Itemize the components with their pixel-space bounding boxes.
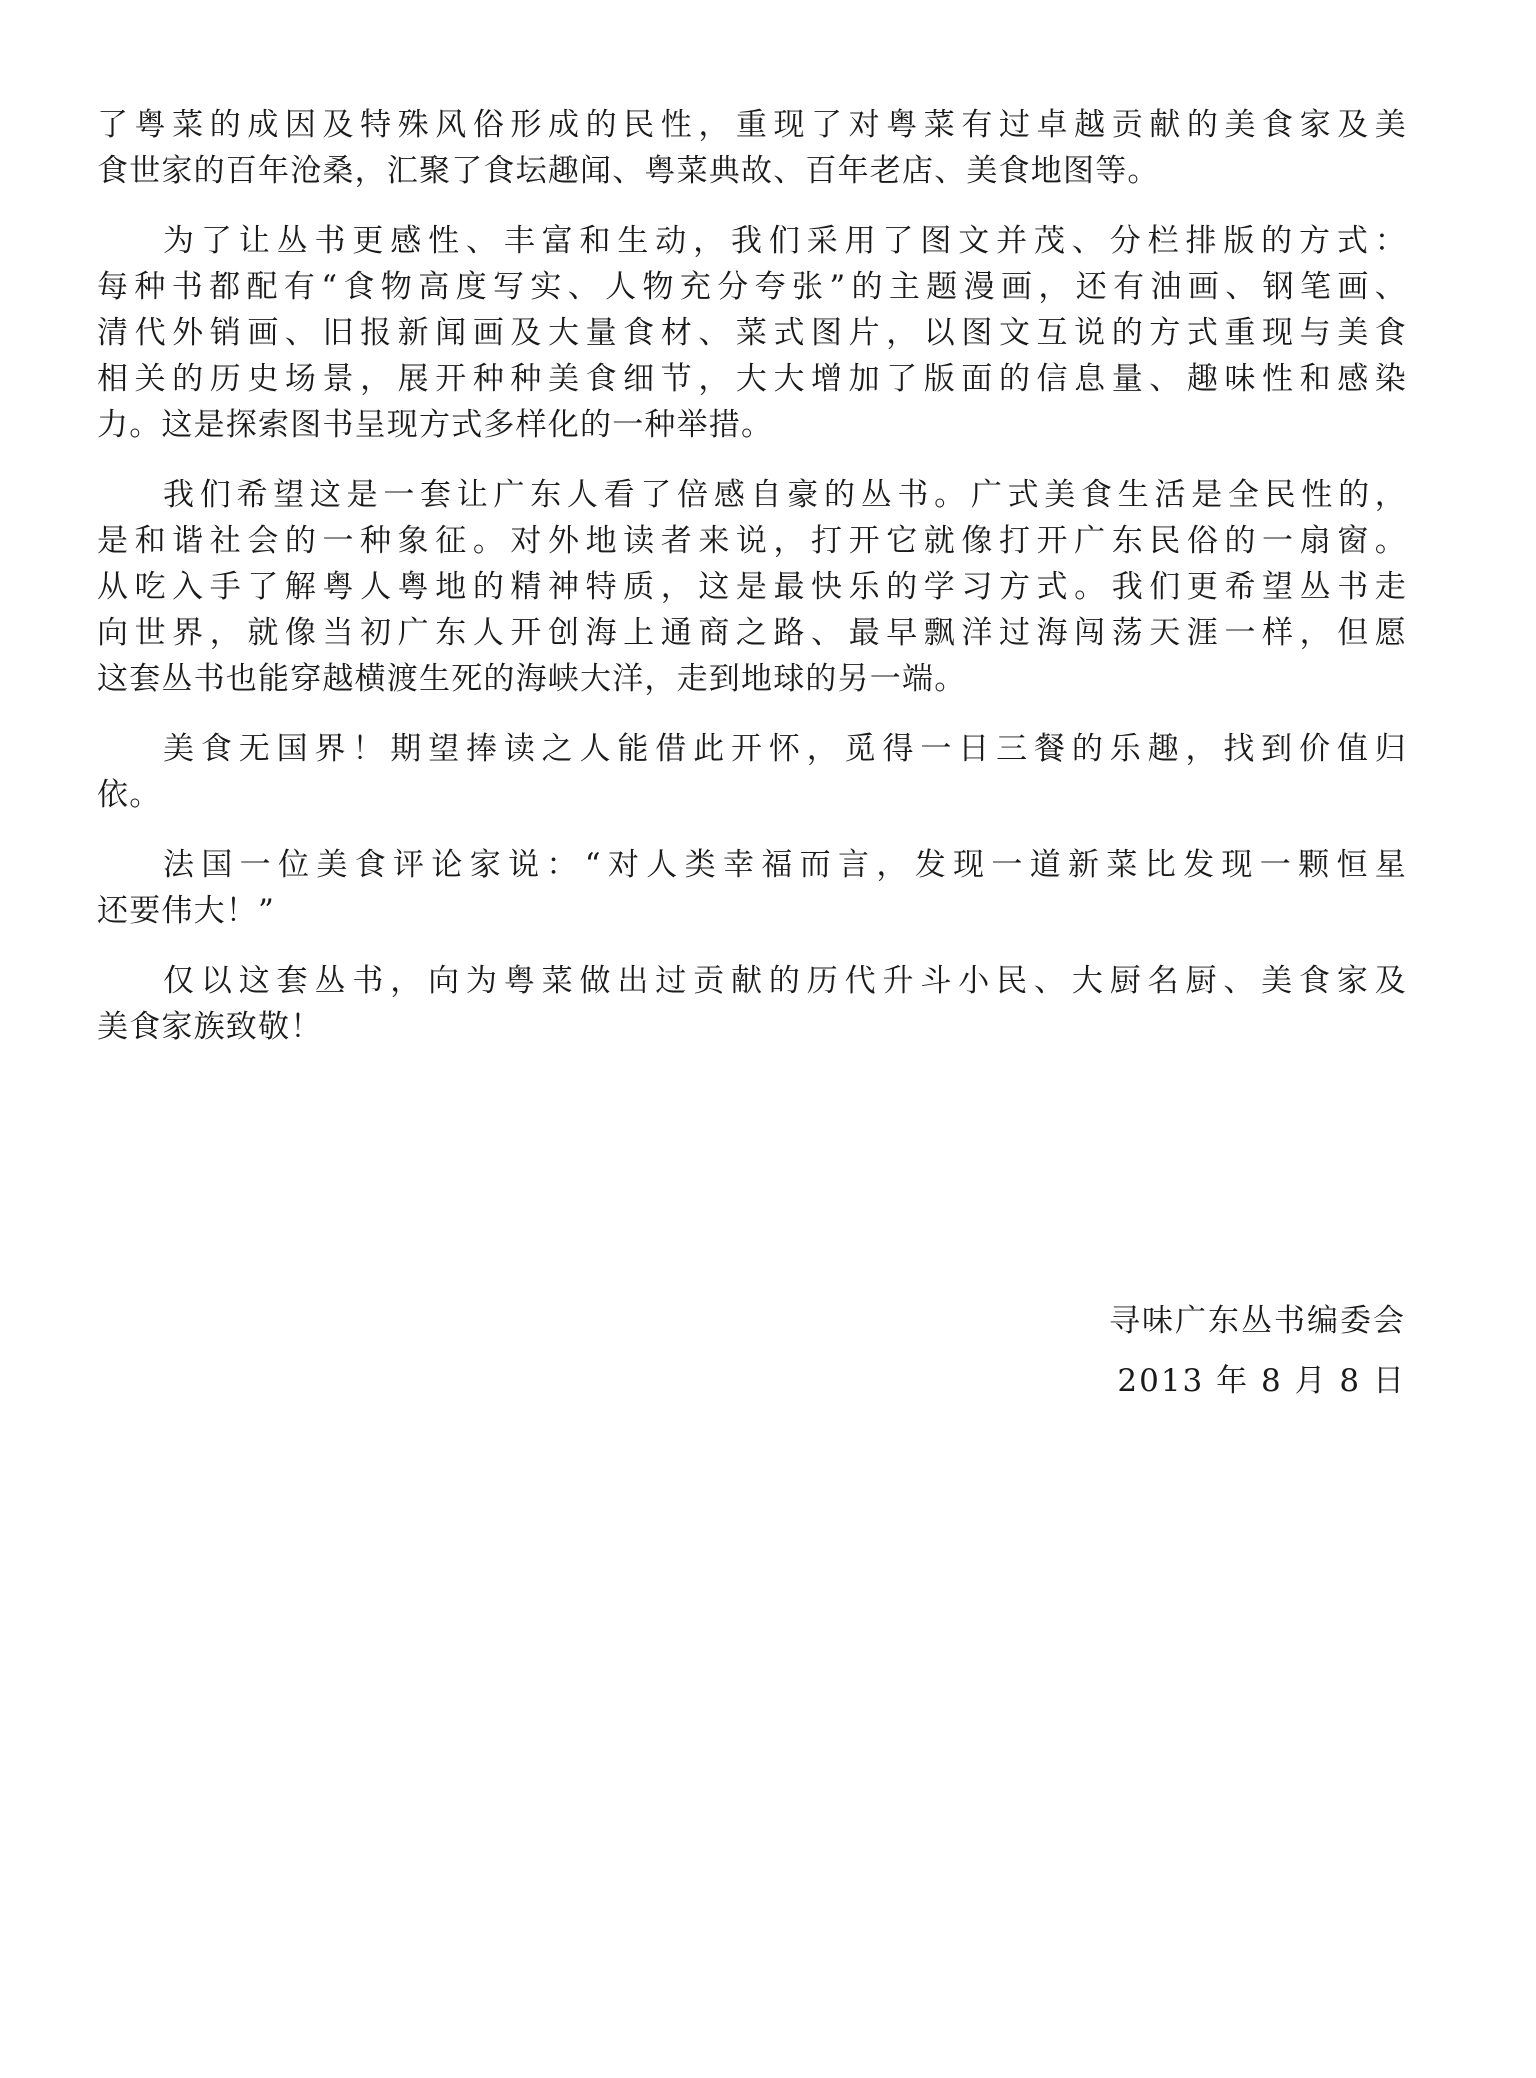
paragraph-line: 相关的历史场景，展开种种美食细节，大大增加了版面的信息量、趣味性和感染	[97, 356, 1407, 402]
paragraph-line: 食世家的百年沧桑，汇聚了食坛趣闻、粤菜典故、百年老店、美食地图等。	[97, 148, 1407, 194]
paragraph-line: 这套丛书也能穿越横渡生死的海峡大洋，走到地球的另一端。	[97, 656, 1407, 702]
paragraph-line: 仅以这套丛书，向为粤菜做出过贡献的历代升斗小民、大厨名厨、美食家及	[163, 958, 1407, 1004]
document-page: 了粤菜的成因及特殊风俗形成的民性，重现了对粤菜有过卓越贡献的美食家及美 食世家的…	[0, 0, 1536, 2078]
paragraph-line: 依。	[97, 772, 1407, 818]
signature-organization: 寻味广东丛书编委会	[1109, 1298, 1406, 1344]
paragraph-line: 美食无国界！期望捧读之人能借此开怀，觅得一日三餐的乐趣，找到价值归	[163, 726, 1407, 772]
paragraph-line: 美食家族致敬！	[97, 1004, 1407, 1050]
paragraph-line: 力。这是探索图书呈现方式多样化的一种举措。	[97, 402, 1407, 448]
paragraph-line: 法国一位美食评论家说：“对人类幸福而言，发现一道新菜比发现一颗恒星	[163, 842, 1407, 888]
paragraph-line: 了粤菜的成因及特殊风俗形成的民性，重现了对粤菜有过卓越贡献的美食家及美	[97, 102, 1407, 148]
paragraph-line: 从吃入手了解粤人粤地的精神特质，这是最快乐的学习方式。我们更希望丛书走	[97, 564, 1407, 610]
paragraph-line: 还要伟大！”	[97, 888, 1407, 934]
signature-date: 2013 年 8 月 8 日	[1117, 1358, 1406, 1404]
paragraph-line: 向世界，就像当初广东人开创海上通商之路、最早飘洋过海闯荡天涯一样，但愿	[97, 610, 1407, 656]
paragraph-line: 每种书都配有“食物高度写实、人物充分夸张”的主题漫画，还有油画、钢笔画、	[97, 264, 1407, 310]
paragraph-line: 我们希望这是一套让广东人看了倍感自豪的丛书。广式美食生活是全民性的，	[163, 472, 1407, 518]
paragraph-line: 为了让丛书更感性、丰富和生动，我们采用了图文并茂、分栏排版的方式：	[163, 218, 1407, 264]
paragraph-line: 清代外销画、旧报新闻画及大量食材、菜式图片，以图文互说的方式重现与美食	[97, 310, 1407, 356]
paragraph-line: 是和谐社会的一种象征。对外地读者来说，打开它就像打开广东民俗的一扇窗。	[97, 518, 1407, 564]
